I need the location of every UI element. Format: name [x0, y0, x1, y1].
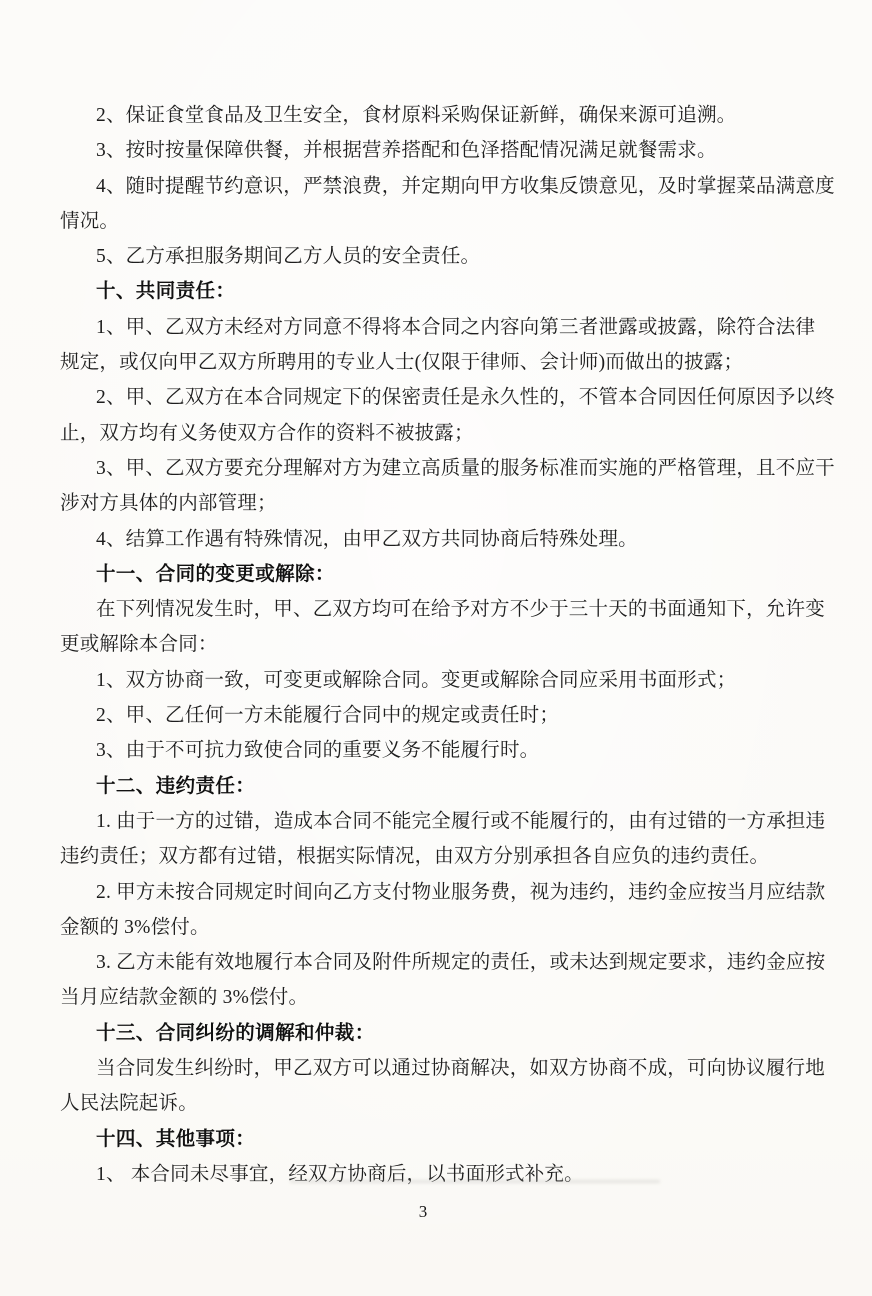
section-heading-line: 十二、违约责任：: [60, 769, 820, 804]
text-line: 违约责任；双方都有过错，根据实际情况，由双方分别承担各自应负的违约责任。: [60, 839, 820, 874]
contract-body: 2、保证食堂食品及卫生安全，食材原料采购保证新鲜，确保来源可追溯。3、按时按量保…: [60, 98, 820, 1192]
text-line: 2. 甲方未按合同规定时间向乙方支付物业服务费，视为违约，违约金应按当月应结款: [60, 875, 820, 910]
text-line: 2、保证食堂食品及卫生安全，食材原料采购保证新鲜，确保来源可追溯。: [60, 98, 820, 133]
text-line: 3、按时按量保障供餐，并根据营养搭配和色泽搭配情况满足就餐需求。: [60, 133, 820, 168]
text-line: 1、 本合同未尽事宜，经双方协商后，以书面形式补充。: [60, 1157, 820, 1192]
text-line: 4、结算工作遇有特殊情况，由甲乙双方共同协商后特殊处理。: [60, 522, 820, 557]
scan-artifact: [290, 1180, 660, 1183]
text-line: 1. 由于一方的过错，造成本合同不能完全履行或不能履行的，由有过错的一方承担违: [60, 804, 820, 839]
text-line: 3、甲、乙双方要充分理解对方为建立高质量的服务标准而实施的严格管理，且不应干: [60, 451, 820, 486]
text-line: 2、甲、乙任何一方未能履行合同中的规定或责任时；: [60, 698, 820, 733]
text-line: 2、甲、乙双方在本合同规定下的保密责任是永久性的，不管本合同因任何原因予以终: [60, 380, 820, 415]
text-line: 更或解除本合同：: [60, 627, 820, 662]
contract-page: 2、保证食堂食品及卫生安全，食材原料采购保证新鲜，确保来源可追溯。3、按时按量保…: [0, 0, 872, 1296]
text-line: 5、乙方承担服务期间乙方人员的安全责任。: [60, 239, 820, 274]
section-heading-line: 十、共同责任：: [60, 274, 820, 309]
text-line: 3、由于不可抗力致使合同的重要义务不能履行时。: [60, 733, 820, 768]
section-heading-line: 十三、合同纠纷的调解和仲裁：: [60, 1016, 820, 1051]
text-line: 4、随时提醒节约意识，严禁浪费，并定期向甲方收集反馈意见，及时掌握菜品满意度: [60, 169, 820, 204]
text-line: 规定，或仅向甲乙双方所聘用的专业人士(仅限于律师、会计师)而做出的披露；: [60, 345, 820, 380]
text-line: 情况。: [60, 204, 820, 239]
text-line: 1、双方协商一致，可变更或解除合同。变更或解除合同应采用书面形式；: [60, 663, 820, 698]
text-line: 金额的 3%偿付。: [60, 910, 820, 945]
text-line: 人民法院起诉。: [60, 1086, 820, 1121]
page-number: 3: [0, 1202, 859, 1222]
text-line: 涉对方具体的内部管理；: [60, 486, 820, 521]
text-line: 当月应结款金额的 3%偿付。: [60, 980, 820, 1015]
text-line: 在下列情况发生时，甲、乙双方均可在给予对方不少于三十天的书面通知下，允许变: [60, 592, 820, 627]
section-heading-line: 十一、合同的变更或解除：: [60, 557, 820, 592]
text-line: 1、甲、乙双方未经对方同意不得将本合同之内容向第三者泄露或披露，除符合法律: [60, 310, 820, 345]
text-line: 止，双方均有义务使双方合作的资料不被披露；: [60, 416, 820, 451]
text-line: 当合同发生纠纷时，甲乙双方可以通过协商解决，如双方协商不成，可向协议履行地: [60, 1051, 820, 1086]
text-line: 3. 乙方未能有效地履行本合同及附件所规定的责任，或未达到规定要求，违约金应按: [60, 945, 820, 980]
section-heading-line: 十四、其他事项：: [60, 1122, 820, 1157]
